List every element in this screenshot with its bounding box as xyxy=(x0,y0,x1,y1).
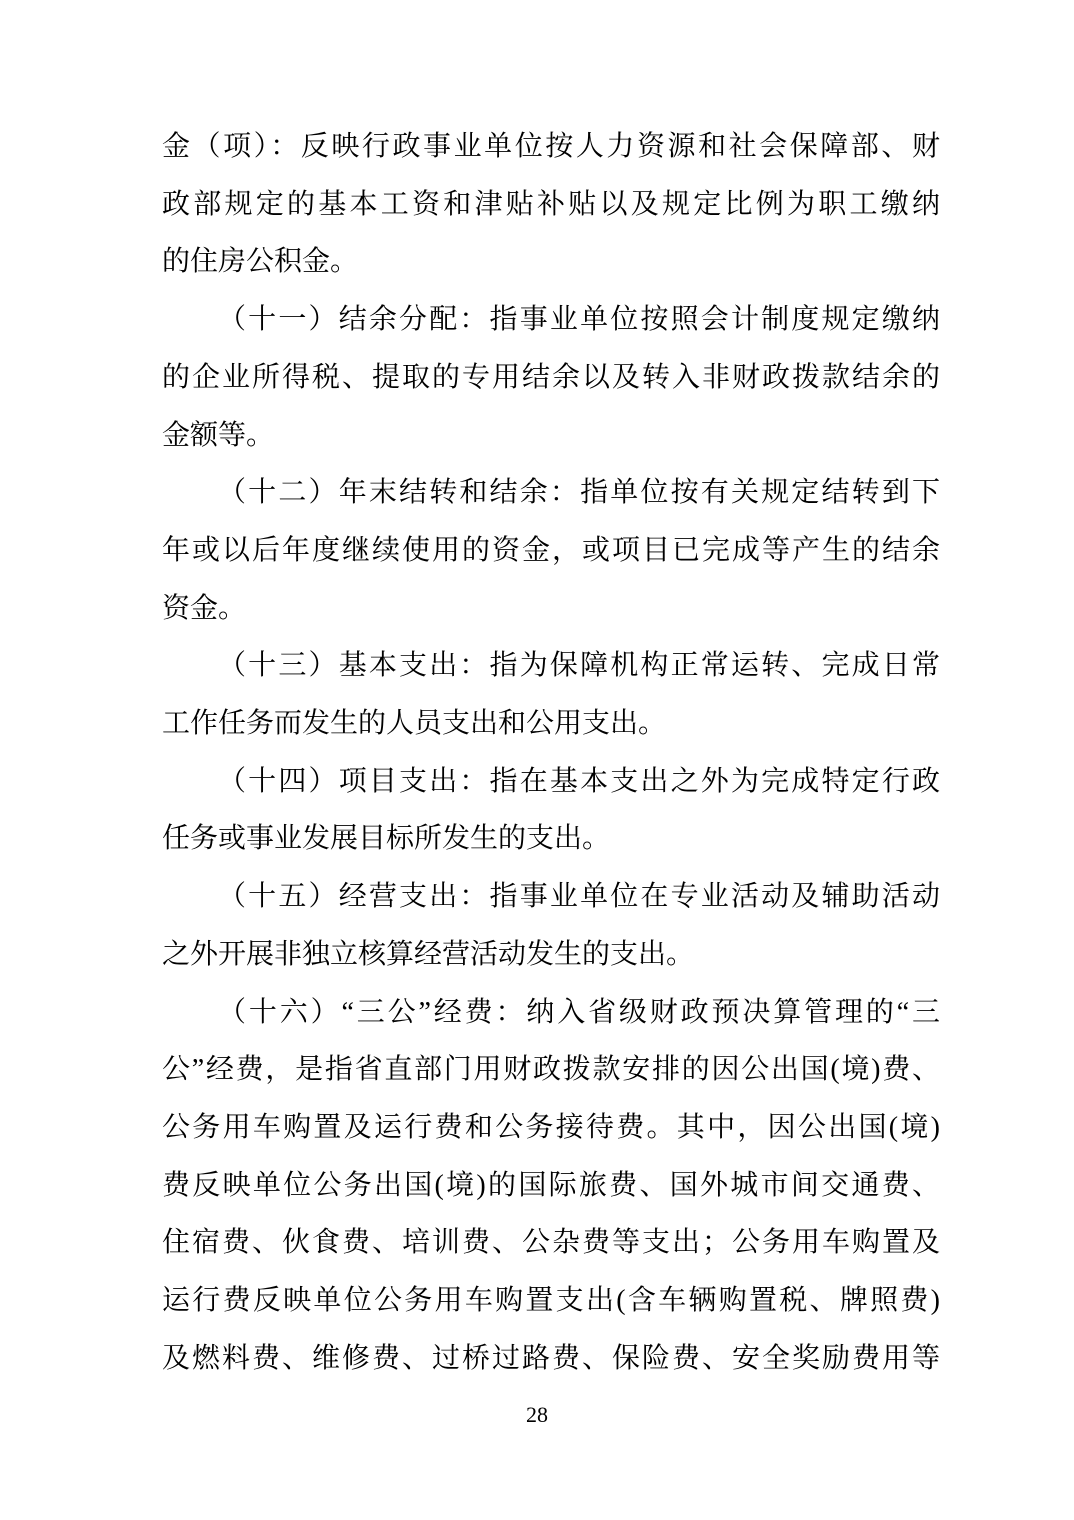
text-line: （十三）基本支出：指为保障机构正常运转、完成日常 xyxy=(162,637,940,695)
text-line: 公务用车购置及运行费和公务接待费。其中，因公出国(境) xyxy=(162,1099,940,1157)
text-line: 金（项）：反映行政事业单位按人力资源和社会保障部、财 xyxy=(162,118,940,176)
document-page: 金（项）：反映行政事业单位按人力资源和社会保障部、财 政部规定的基本工资和津贴补… xyxy=(0,0,1074,1520)
text-line: 费反映单位公务出国(境)的国际旅费、国外城市间交通费、 xyxy=(162,1157,940,1215)
text-line: 金额等。 xyxy=(162,407,940,465)
text-line: （十四）项目支出：指在基本支出之外为完成特定行政 xyxy=(162,753,940,811)
text-line: 政部规定的基本工资和津贴补贴以及规定比例为职工缴纳 xyxy=(162,176,940,234)
text-line: 的住房公积金。 xyxy=(162,233,940,291)
text-line: 任务或事业发展目标所发生的支出。 xyxy=(162,810,940,868)
text-line: 住宿费、伙食费、培训费、公杂费等支出；公务用车购置及 xyxy=(162,1214,940,1272)
text-line: 之外开展非独立核算经营活动发生的支出。 xyxy=(162,926,940,984)
text-line: （十二）年末结转和结余：指单位按有关规定结转到下 xyxy=(162,464,940,522)
text-line: 年或以后年度继续使用的资金，或项目已完成等产生的结余 xyxy=(162,522,940,580)
text-line: （十六）“三公”经费：纳入省级财政预决算管理的“三 xyxy=(162,984,940,1042)
text-line: 资金。 xyxy=(162,580,940,638)
text-line: 及燃料费、维修费、过桥过路费、保险费、安全奖励费用等 xyxy=(162,1330,940,1388)
document-text-block: 金（项）：反映行政事业单位按人力资源和社会保障部、财 政部规定的基本工资和津贴补… xyxy=(162,118,940,1387)
page-number: 28 xyxy=(0,1400,1074,1430)
text-line: 运行费反映单位公务用车购置支出(含车辆购置税、牌照费) xyxy=(162,1272,940,1330)
text-line: 公”经费，是指省直部门用财政拨款安排的因公出国(境)费、 xyxy=(162,1041,940,1099)
text-line: （十五）经营支出：指事业单位在专业活动及辅助活动 xyxy=(162,868,940,926)
text-line: （十一）结余分配：指事业单位按照会计制度规定缴纳 xyxy=(162,291,940,349)
text-line: 的企业所得税、提取的专用结余以及转入非财政拨款结余的 xyxy=(162,349,940,407)
text-line: 工作任务而发生的人员支出和公用支出。 xyxy=(162,695,940,753)
